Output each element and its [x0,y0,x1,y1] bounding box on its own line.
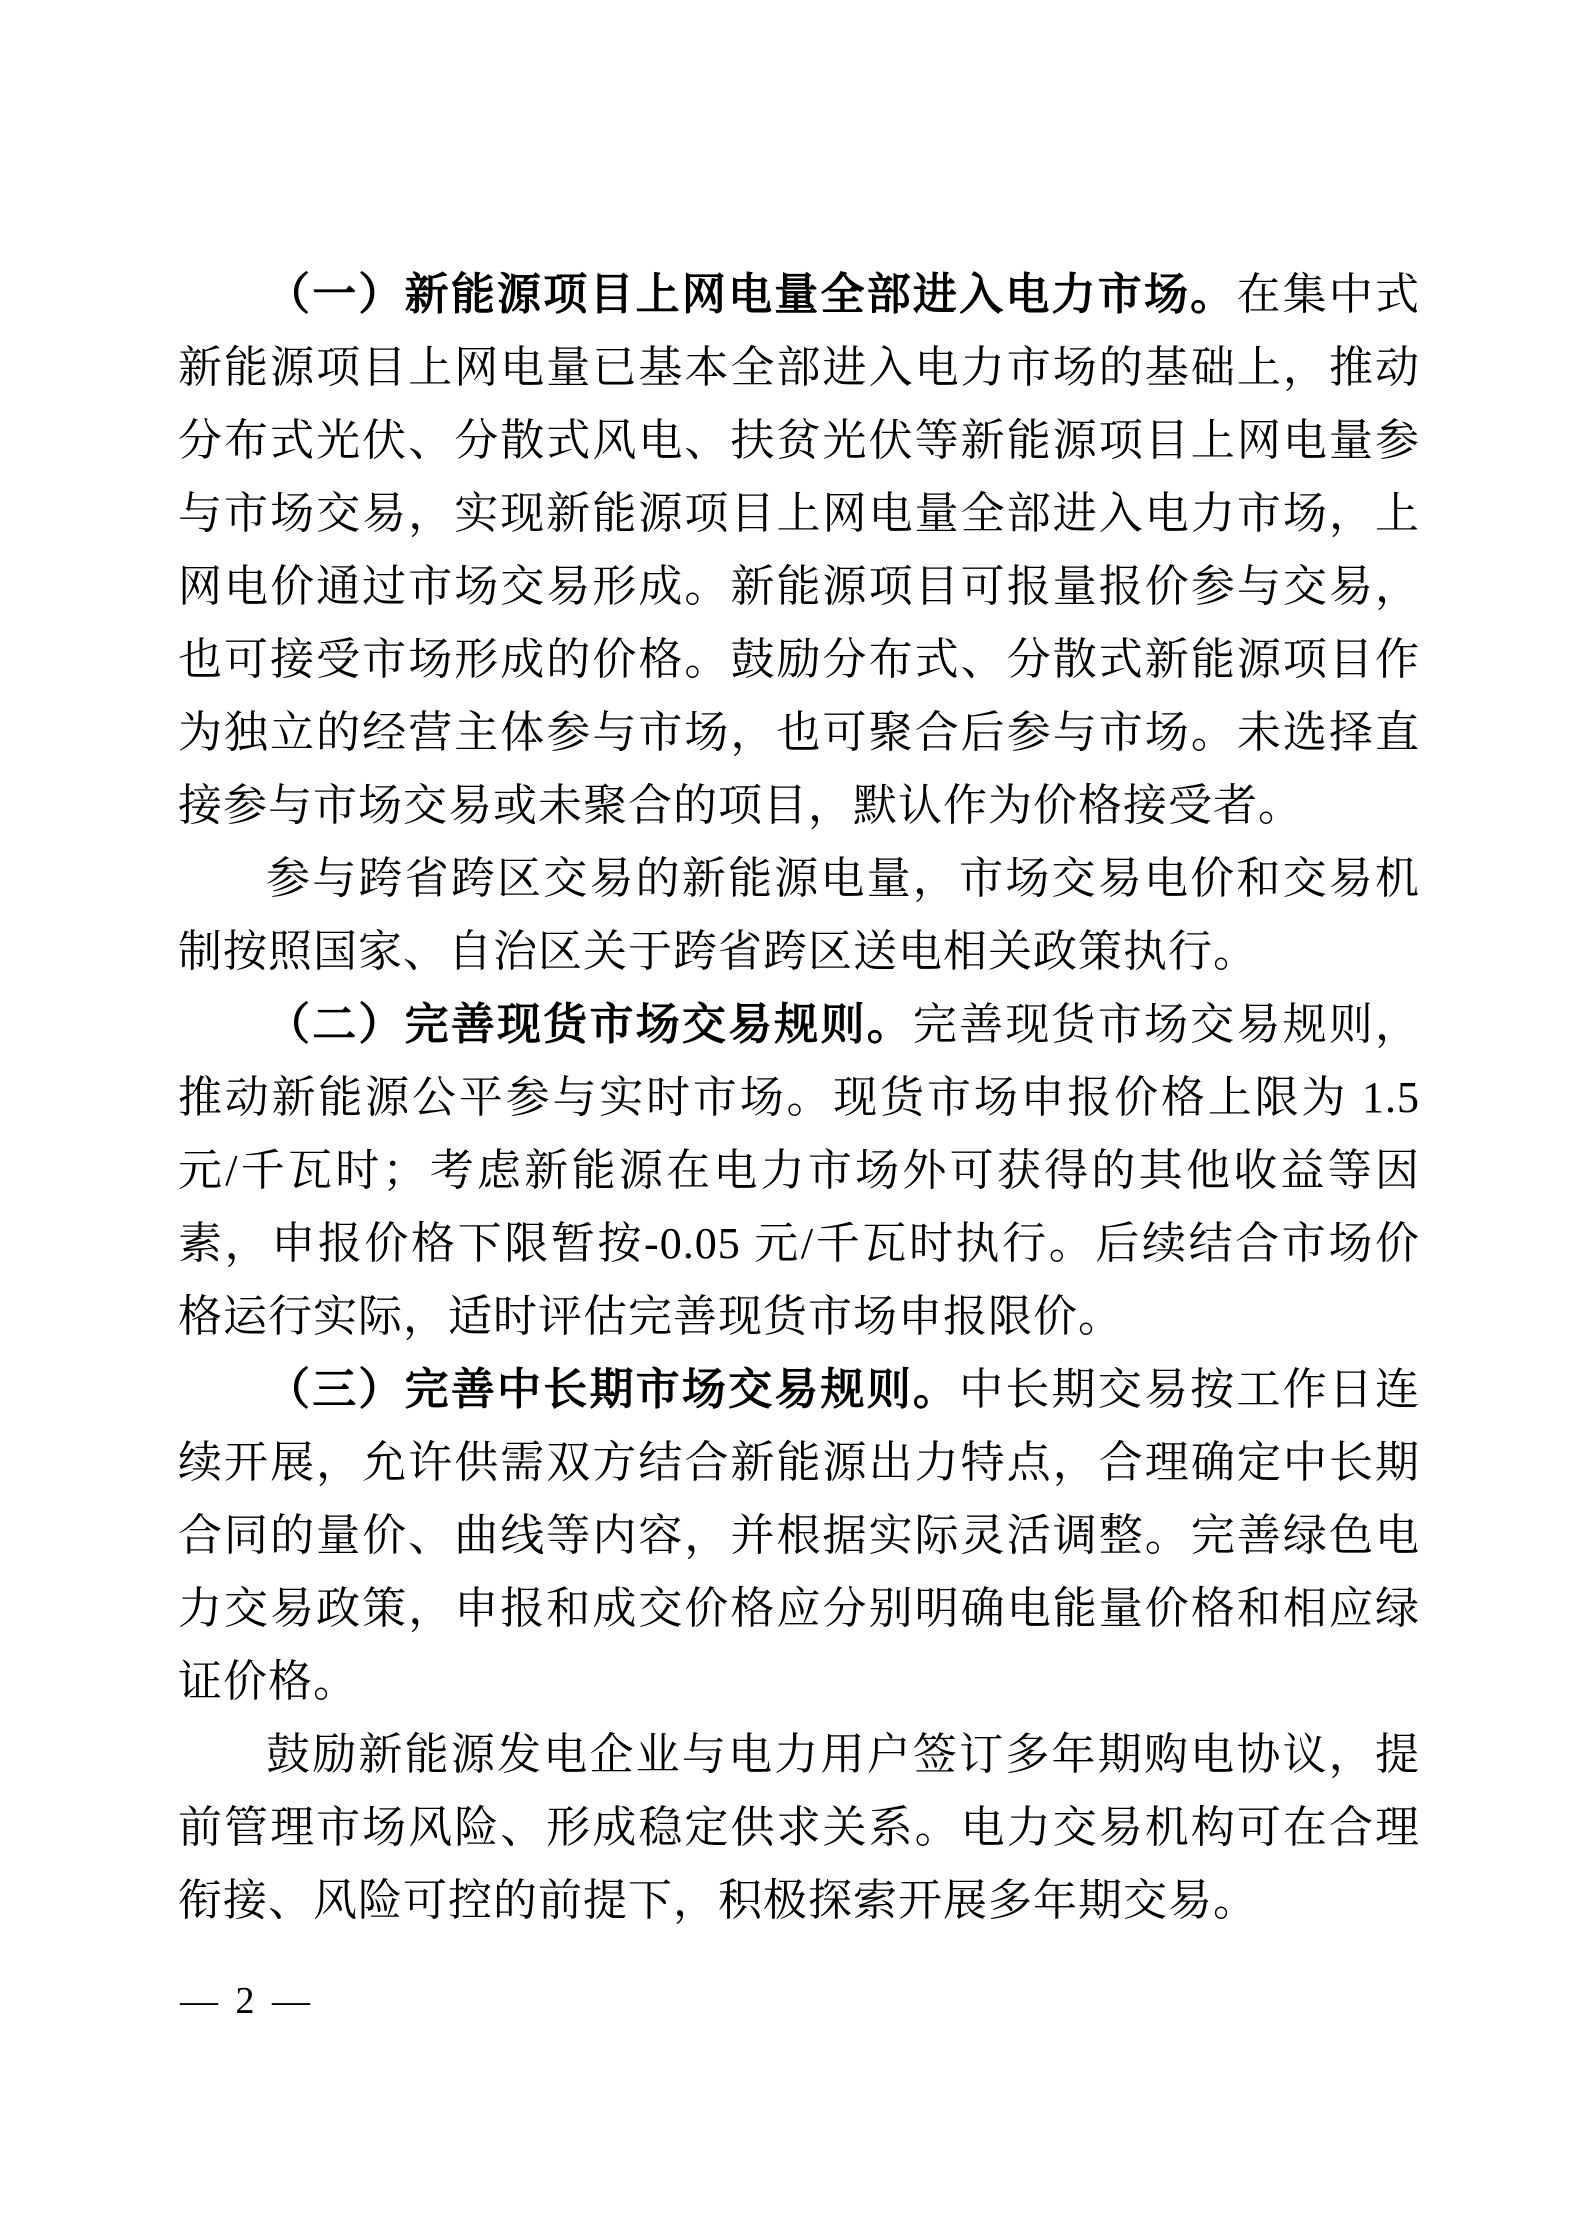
paragraph-cross-province: 参与跨省跨区交易的新能源电量，市场交易电价和交易机制按照国家、自治区关于跨省跨区… [178,842,1420,988]
section-one-body-text: 在集中式新能源项目上网电量已基本全部进入电力市场的基础上，推动分布式光伏、分散式… [178,270,1420,830]
page-number: — 2 — [180,1975,314,2027]
paragraph-section-one: （一）新能源项目上网电量全部进入电力市场。在集中式新能源项目上网电量已基本全部进… [178,258,1420,842]
paragraph-multi-year: 鼓励新能源发电企业与电力用户签订多年期购电协议，提前管理市场风险、形成稳定供求关… [178,1718,1420,1937]
document-page: （一）新能源项目上网电量全部进入电力市场。在集中式新能源项目上网电量已基本全部进… [0,0,1580,2237]
multi-year-body-text: 鼓励新能源发电企业与电力用户签订多年期购电协议，提前管理市场风险、形成稳定供求关… [178,1730,1420,1925]
section-one-heading: （一）新能源项目上网电量全部进入电力市场。 [266,270,1236,319]
section-two-heading: （二）完善现货市场交易规则。 [266,1000,913,1049]
section-two-body-text: 完善现货市场交易规则，推动新能源公平参与实时市场。现货市场申报价格上限为 1.5… [178,1000,1420,1341]
paragraph-section-two: （二）完善现货市场交易规则。完善现货市场交易规则，推动新能源公平参与实时市场。现… [178,988,1420,1353]
section-three-body-text: 中长期交易按工作日连续开展，允许供需双方结合新能源出力特点，合理确定中长期合同的… [178,1365,1420,1706]
section-three-heading: （三）完善中长期市场交易规则。 [266,1365,959,1414]
document-body: （一）新能源项目上网电量全部进入电力市场。在集中式新能源项目上网电量已基本全部进… [178,258,1420,1937]
cross-province-body-text: 参与跨省跨区交易的新能源电量，市场交易电价和交易机制按照国家、自治区关于跨省跨区… [178,854,1420,976]
paragraph-section-three: （三）完善中长期市场交易规则。中长期交易按工作日连续开展，允许供需双方结合新能源… [178,1353,1420,1718]
